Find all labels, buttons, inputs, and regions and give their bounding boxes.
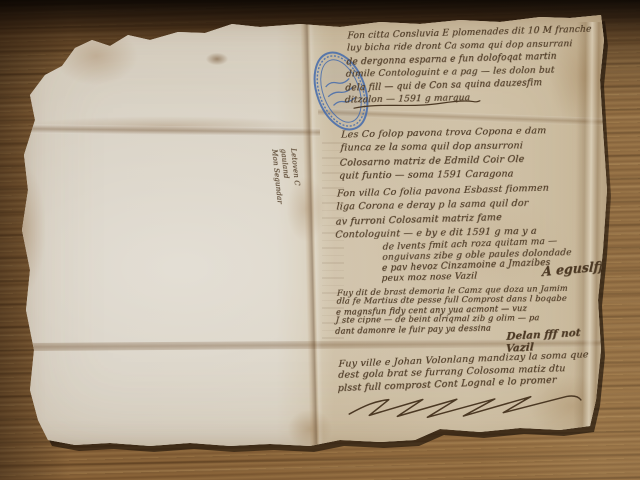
paragraph-third-entry-continued: de lvents fmit ach roza quitam ma — ongu… — [381, 235, 600, 285]
paragraph-first-entry: Fon citta Consluvia E plomenades dit 10 … — [344, 23, 603, 108]
paragraph-third-entry: Fon villa Co folia pavona Esbasst fiomme… — [335, 180, 595, 243]
document-sheet: Letoven C gauland Mon Segundar Fon citta… — [14, 14, 610, 452]
photo-of-manuscript: Letoven C gauland Mon Segundar Fon citta… — [0, 0, 640, 480]
paragraph-second-entry: Les Co folop pavona trova Copona e dam f… — [339, 123, 594, 184]
